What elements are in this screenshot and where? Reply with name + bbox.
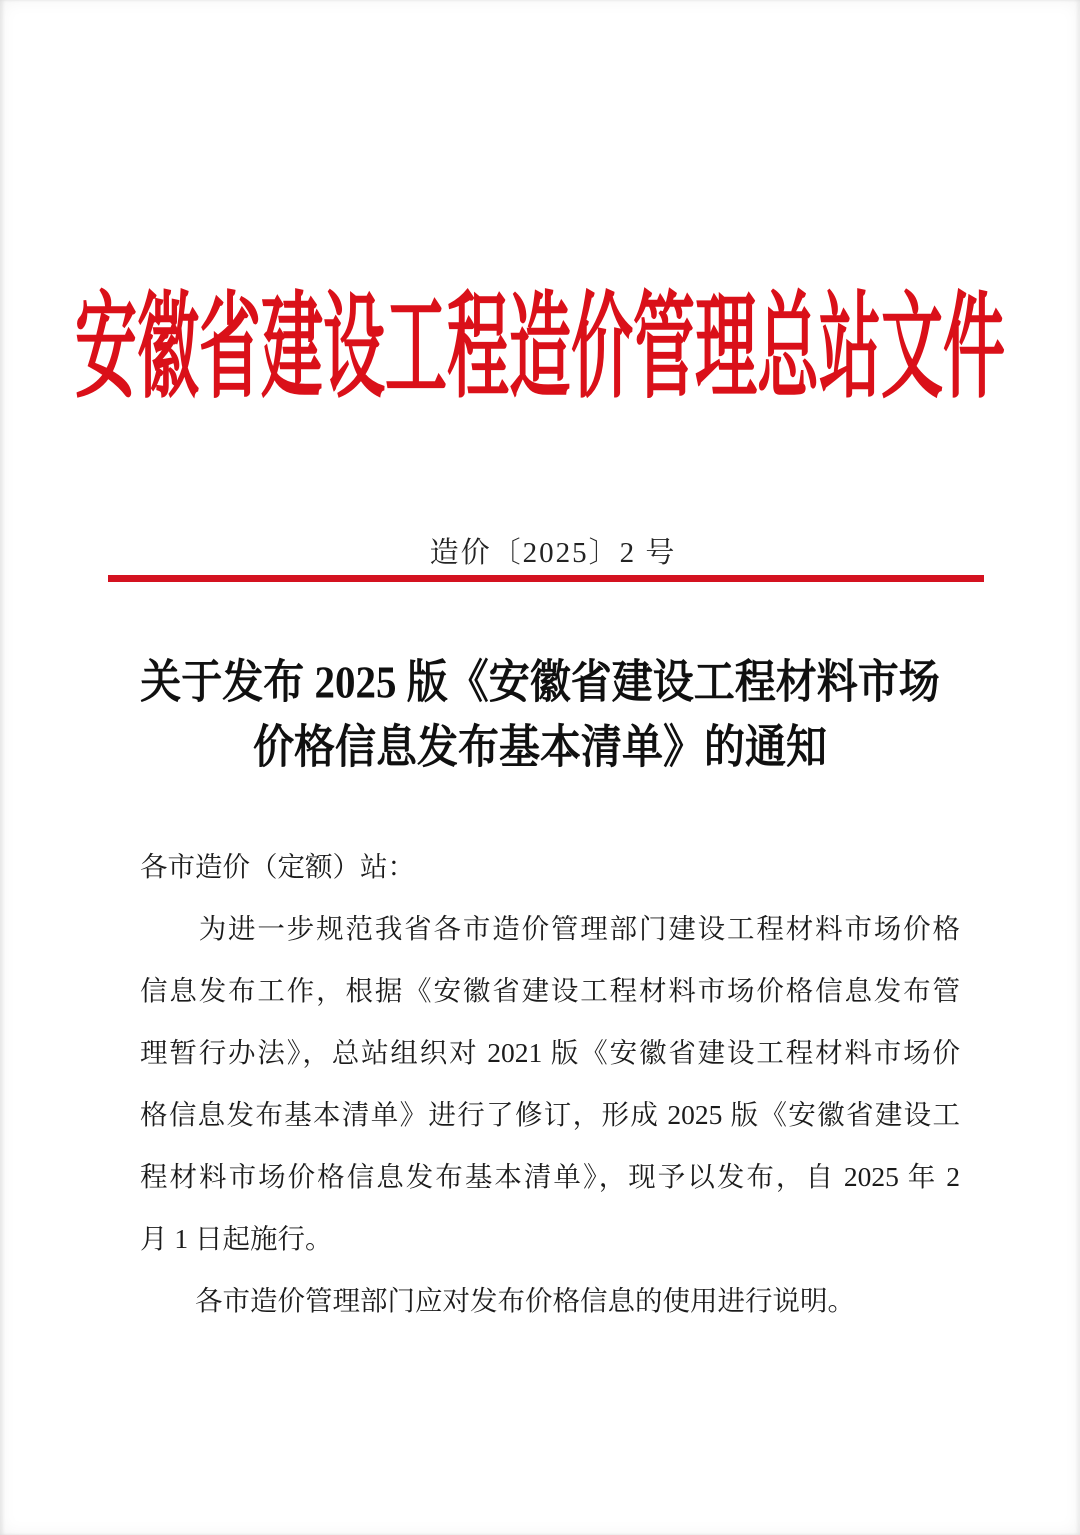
document-title-text-1: 关于发布 2025 版《安徽省建设工程材料市场: [140, 646, 940, 719]
scanned-document-page: 安徽省建设工程造价管理总站文件 造价〔2025〕2 号 关于发布 2025 版《…: [0, 0, 1080, 1535]
document-title-text-2: 价格信息发布基本清单》的通知: [253, 711, 827, 784]
paragraph-1-line-1: 为进一步规范我省各市造价管理部门建设工程材料市场价格: [140, 898, 960, 960]
paragraph-2-line-1: 各市造价管理部门应对发布价格信息的使用进行说明。: [140, 1270, 960, 1332]
red-divider-line: [108, 575, 984, 582]
document-header-banner: 安徽省建设工程造价管理总站文件: [0, 292, 1080, 354]
paragraph-1-line-6: 月 1 日起施行。: [140, 1208, 960, 1270]
document-title-line-1: 关于发布 2025 版《安徽省建设工程材料市场: [0, 650, 1080, 715]
document-title-line-2: 价格信息发布基本清单》的通知: [0, 715, 1080, 780]
document-body: 各市造价（定额）站： 为进一步规范我省各市造价管理部门建设工程材料市场价格 信息…: [140, 836, 960, 1332]
salutation-line: 各市造价（定额）站：: [140, 836, 960, 898]
document-number: 造价〔2025〕2 号: [0, 530, 1080, 571]
paragraph-1-line-3: 理暂行办法》，总站组织对 2021 版《安徽省建设工程材料市场价: [140, 1022, 960, 1084]
issuing-org-title: 安徽省建设工程造价管理总站文件: [75, 292, 1005, 407]
paragraph-1-line-2: 信息发布工作，根据《安徽省建设工程材料市场价格信息发布管: [140, 960, 960, 1022]
document-title: 关于发布 2025 版《安徽省建设工程材料市场 价格信息发布基本清单》的通知: [0, 650, 1080, 780]
paragraph-1-line-5: 程材料市场价格信息发布基本清单》，现予以发布，自 2025 年 2: [140, 1146, 960, 1208]
paragraph-1-line-4: 格信息发布基本清单》进行了修订，形成 2025 版《安徽省建设工: [140, 1084, 960, 1146]
